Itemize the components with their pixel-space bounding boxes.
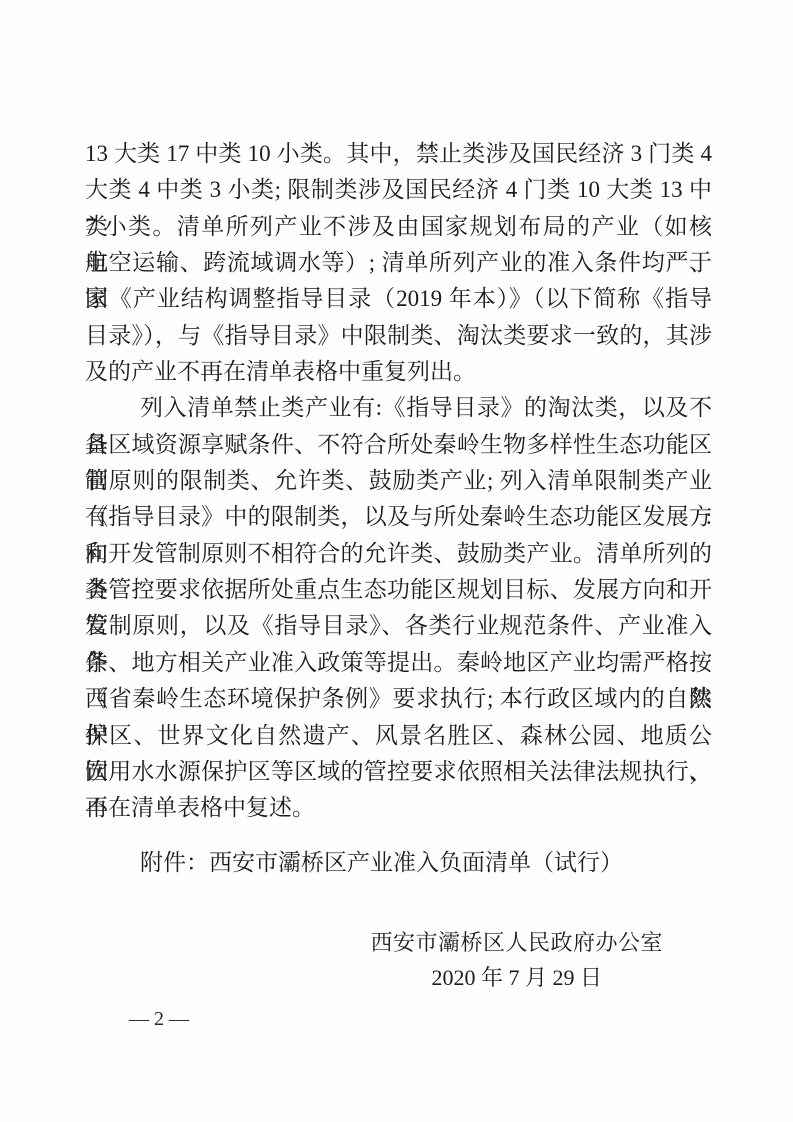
page-number: — 2 — (129, 1006, 189, 1032)
attachment-line: 附件：西安市灞桥区产业准入负面清单（试行） (140, 845, 623, 881)
document-body: 13 大类 17 中类 10 小类。其中，禁止类涉及国民经济 3 门类 4 大类… (85, 136, 712, 827)
body-line: 《指导目录》中的限制类，以及与所处秦岭生态功能区发展方向 (85, 499, 712, 535)
body-line: 备区域资源享赋条件、不符合所处秦岭生物多样性生态功能区管 (85, 427, 712, 463)
signature-office: 西安市灞桥区人民政府办公室 (370, 925, 663, 960)
document-page: 13 大类 17 中类 10 小类。其中，禁止类涉及国民经济 3 门类 4 大类… (0, 0, 793, 1122)
signature-block: 西安市灞桥区人民政府办公室 2020 年 7 月 29 日 (370, 925, 663, 995)
body-line: 及的产业不再在清单表格中重复列出。 (85, 354, 712, 390)
body-line: 件、地方相关产业准入政策等提出。秦岭地区产业均需严格按《陕 (85, 645, 712, 681)
body-line: 7 小类。清单所列产业不涉及由国家规划布局的产业（如核电、 (85, 209, 712, 245)
body-line: 目录》），与《指导目录》中限制类、淘汰类要求一致的，其涉 (85, 318, 712, 354)
body-line: 13 大类 17 中类 10 小类。其中，禁止类涉及国民经济 3 门类 4 (85, 136, 712, 172)
body-line: 和开发管制原则不相符合的允许类、鼓励类产业。清单所列的各 (85, 536, 712, 572)
body-line: 管制原则，以及《指导目录》、各类行业规范条件、产业准入条 (85, 608, 712, 644)
body-line: 航空运输、跨流域调水等）; 清单所列产业的准入条件均严于国 (85, 245, 712, 281)
body-line: 制原则的限制类、允许类、鼓励类产业; 列入清单限制类产业有: (85, 463, 712, 499)
body-line: 家《产业结构调整指导目录（2019 年本）》（以下简称《指导 (85, 281, 712, 317)
body-line: 西省秦岭生态环境保护条例》要求执行; 本行政区域内的自然保 (85, 681, 712, 717)
body-line: 护区、世界文化自然遗产、风景名胜区、森林公园、地质公园、 (85, 718, 712, 754)
body-line: 饮用水水源保护区等区域的管控要求依照相关法律法规执行，不 (85, 754, 712, 790)
signature-date: 2020 年 7 月 29 日 (370, 960, 663, 995)
body-line: 大类 4 中类 3 小类; 限制类涉及国民经济 4 门类 10 大类 13 中类 (85, 172, 712, 208)
body-line: 列入清单禁止类产业有:《指导目录》的淘汰类，以及不具 (85, 390, 712, 426)
body-line: 类管控要求依据所处重点生态功能区规划目标、发展方向和开发 (85, 572, 712, 608)
body-line: 再在清单表格中复述。 (85, 790, 712, 826)
